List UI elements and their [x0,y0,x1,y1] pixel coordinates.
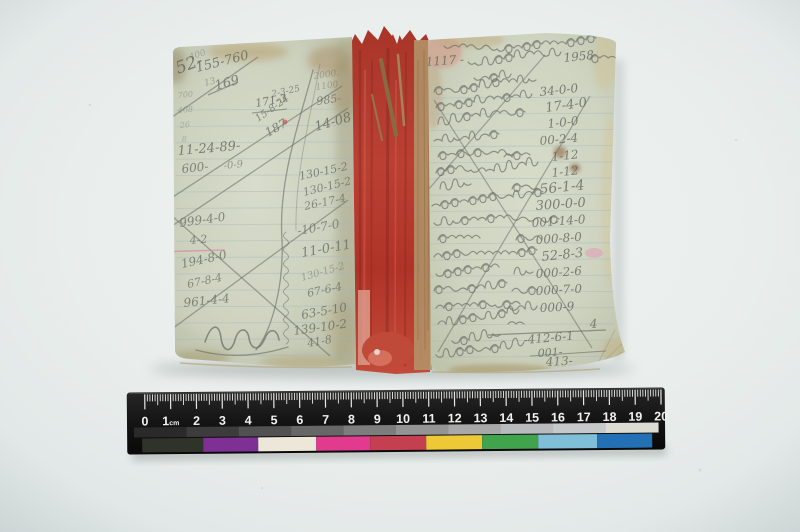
photo-scene: 40052-155-760131692-3-25171-315-8-241872… [0,0,800,532]
vignette-overlay [0,0,800,532]
photograph-of-notebook-with-scale: 40052-155-760131692-3-25171-315-8-241872… [0,0,800,532]
vignette [0,0,800,532]
